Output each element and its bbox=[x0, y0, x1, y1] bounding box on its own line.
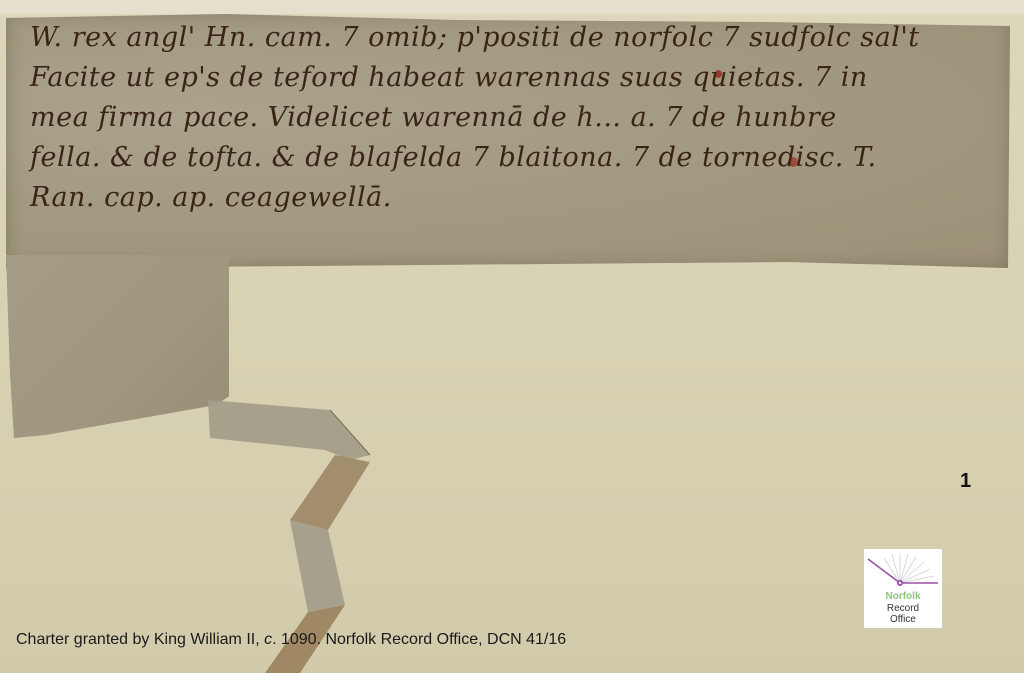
page-number: 1 bbox=[960, 470, 971, 493]
manuscript-text: W. rex angl' Hn. cam. 7 omib; p'positi d… bbox=[30, 18, 1010, 218]
top-edge bbox=[0, 0, 1024, 14]
logo-text-norfolk: Norfolk bbox=[864, 591, 942, 602]
logo-text-record-office: Record Office bbox=[864, 603, 942, 625]
manuscript-line: Ran. cap. ap. ceagewellā. bbox=[30, 178, 1010, 218]
caption-circa: c bbox=[264, 631, 272, 648]
manuscript-line: Facite ut ep's de teford habeat warennas… bbox=[30, 58, 1010, 98]
manuscript-line: fella. & de tofta. & de blafelda 7 blait… bbox=[30, 138, 1010, 178]
caption: Charter granted by King William II, c. 1… bbox=[16, 631, 566, 649]
logo-text-record: Record bbox=[887, 603, 919, 614]
norfolk-record-office-logo: Norfolk Record Office bbox=[864, 549, 942, 628]
manuscript-line: mea firma pace. Videlicet warennā de h..… bbox=[30, 98, 1010, 138]
logo-text-office: Office bbox=[890, 614, 916, 625]
manuscript-line: W. rex angl' Hn. cam. 7 omib; p'positi d… bbox=[30, 18, 1010, 58]
caption-suffix: . 1090. Norfolk Record Office, DCN 41/16 bbox=[272, 631, 566, 648]
open-book-rays-icon bbox=[864, 549, 942, 591]
caption-prefix: Charter granted by King William II, bbox=[16, 631, 264, 648]
